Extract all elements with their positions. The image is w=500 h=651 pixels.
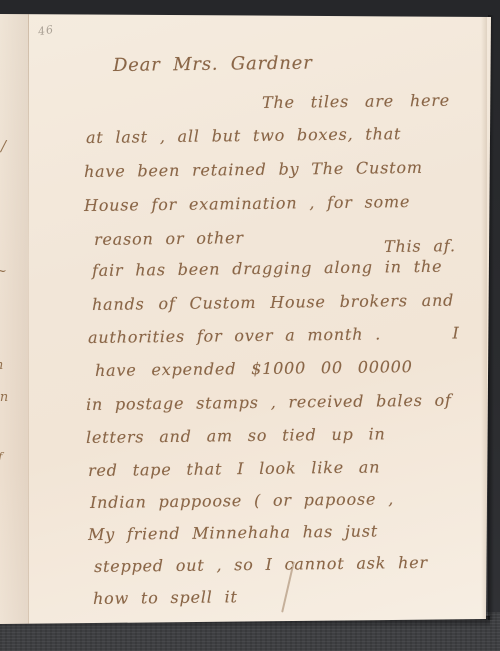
page-gutter — [0, 0, 28, 651]
letter-line: reason or other — [94, 228, 244, 249]
letter-line: fair has been dragging along in the — [92, 257, 443, 280]
letter-line: in postage stamps , received bales of — [86, 391, 452, 414]
letter-line: The tiles are here — [262, 91, 450, 112]
adjacent-page-fragment: ~ — [0, 264, 7, 279]
letter-line: how to spell it — [93, 587, 238, 608]
letter-line: Indian pappoose ( or papoose , — [90, 489, 394, 512]
letter-line: hands of Custom House brokers and — [92, 291, 454, 314]
adjacent-page-fragment: f — [0, 450, 2, 464]
letter-line: authorities for over a month . I — [88, 323, 460, 347]
letter-line: have expended $1000 00 00000 — [95, 357, 413, 380]
letter-line: letters and am so tied up in — [86, 424, 386, 447]
paper-edge-shading — [481, 15, 487, 619]
letter-line: This af. — [384, 236, 456, 256]
letter-page: 46 / ~ m ain f Dear Mrs. Gardner The til… — [0, 0, 500, 651]
letter-line: stepped out , so I cannot ask her — [94, 553, 428, 576]
letter-line: House for examination , for some — [84, 192, 410, 215]
adjacent-page-fragment: m — [0, 358, 3, 373]
photo-backdrop: 46 / ~ m ain f Dear Mrs. Gardner The til… — [0, 0, 500, 651]
letter-line: at last , all but two boxes, that — [86, 124, 401, 147]
pencil-page-number: 46 — [37, 23, 55, 39]
adjacent-page-fragment: ain — [0, 390, 8, 405]
adjacent-page-fragment: / — [1, 137, 6, 155]
page-fold-line — [28, 14, 29, 624]
letter-line: My friend Minnehaha has just — [88, 521, 378, 544]
letter-salutation: Dear Mrs. Gardner — [113, 53, 313, 76]
letter-line: red tape that I look like an — [88, 457, 381, 480]
letter-line: have been retained by The Custom — [84, 158, 423, 181]
